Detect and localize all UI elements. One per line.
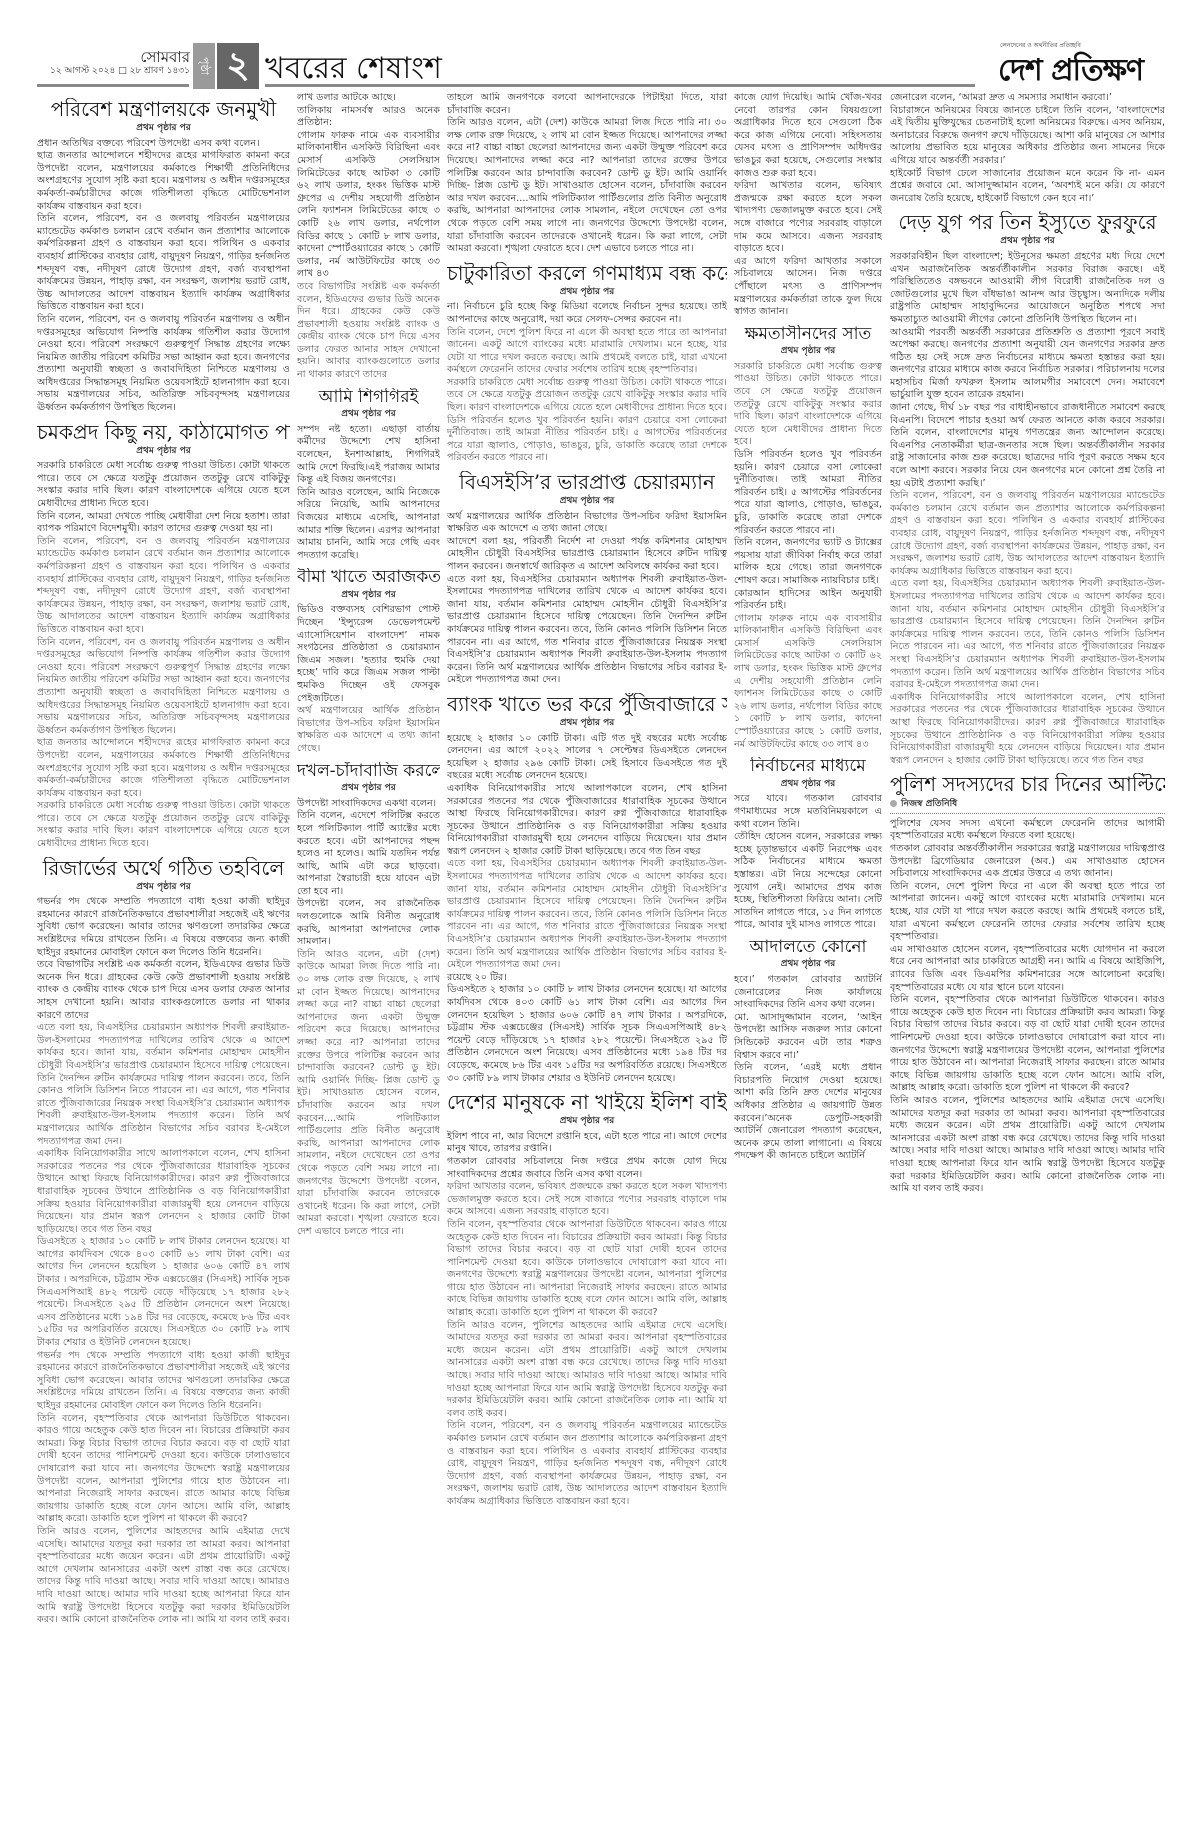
paragraph: গভর্নর পদ থেকে সম্প্রতি পদত্যাগে বাধ্য হ… [37, 1350, 290, 1413]
continued-label: প্রথম পৃষ্ঠার পর [37, 122, 290, 135]
paragraph: জানা গেছে, দীর্ঘ ১৮ বছর পর বাধাহীনভাবে র… [890, 402, 1165, 490]
headline: পুলিশ সদস্যদের চার দিনের আল্টিমেটাম [890, 773, 1165, 796]
page-number: ২ [217, 43, 259, 89]
divider [890, 813, 1165, 814]
continued-label: প্রথম পৃষ্ঠার পর [734, 778, 882, 791]
paragraph: রয়েছে ২০ টির। [447, 972, 727, 985]
paragraph: এতে বলা হয়, বিএসইসির চেয়ারম্যান অধ্যাপ… [447, 574, 727, 687]
bullet-icon [890, 800, 897, 807]
paragraph: হবে।’ গতকাল রোববার অ্যাটর্নি জেনারেলের ন… [734, 974, 882, 1012]
column-5: জেনারেল বলেন, ‘আমরা দ্রুত এ সমস্যার সমাধ… [890, 92, 1165, 1832]
article-power-seven: ক্ষমতাসীনদের সাত প্রথম পৃষ্ঠার পর সরকারি… [734, 325, 882, 752]
paragraph: হাইকোর্ট বিভাগ ঢেলে সাজানোর প্রয়োজন মনে… [890, 168, 1165, 206]
masthead-rule-right [265, 84, 975, 87]
column-4: কাজে যোগ দিয়েছি। আমি খোঁজ-খবর নেবো তারপ… [734, 92, 882, 1832]
paragraph: তিনি বলেন, পরিবেশ, বন ও জলবায়ু পরিবর্তন… [37, 213, 290, 314]
paragraph: তবে বিভাগটির সংশ্লিষ্ট এক কর্মকর্তা বলেন… [37, 959, 290, 1022]
continued-label: প্রথম পৃষ্ঠার পর [447, 717, 727, 730]
section-title: খবরের শেষাংশ [265, 44, 442, 95]
paragraph: অর্থ মন্ত্রণালয়ের আর্থিক প্রতিষ্ঠান বিভ… [447, 511, 727, 536]
paragraph: তিনি আরও বলেন, পুলিশের আহতদের আমি এইমাত্… [890, 1095, 1165, 1196]
article-police: পুলিশ সদস্যদের চার দিনের আল্টিমেটাম নিজস… [890, 773, 1165, 1195]
paragraph: তিনি বলেন, বৃহস্পতিবার থেকে আপনারা ডিউটি… [37, 1413, 290, 1526]
paragraph: সরকারবিহীন ছিল বাংলাদেশ; ইউনূসের ক্ষমতা … [890, 251, 1165, 327]
byline-text: নিজস্ব প্রতিনিধি [901, 799, 957, 809]
paragraph: হয়েছে ২ হাজার ১০ কোটি টাকা। এটি গত দুই … [447, 733, 727, 783]
paragraph: গভর্নর পদ থেকে সম্প্রতি পদত্যাগে বাধ্য হ… [37, 896, 290, 959]
paragraph: ডিসি পরিবর্তন হলেও খুব পরিবর্তন হয়নি। ক… [734, 449, 882, 537]
paragraph: তিনি বলেন, পরিবেশ, বন ও জলবায়ু পরিবর্তন… [37, 314, 290, 415]
paragraph: তিনি বলেন, জনগণের ভ্যাট ও ট্যাক্সের পয়স… [734, 537, 882, 587]
paragraph: গতকাল রোববার অন্তর্বর্তীকালীন সরকারের স্… [890, 843, 1165, 881]
headline: আমি শিগগিরই [297, 388, 440, 408]
article-hilsa: দেশের মানুষকে না খাইয়ে ইলিশ বাইরে প্রথম… [447, 1091, 727, 1508]
headline: বিএসইসি’র ভারপ্রাপ্ত চেয়ারম্যান [447, 471, 727, 494]
continued-label: প্রথম পৃষ্ঠার পর [734, 345, 882, 358]
headline: ক্ষমতাসীনদের সাত [734, 325, 882, 345]
paragraph: ফরিদা আখতার বলেন, ভবিষ্যৎ প্রজন্মকে রক্ষ… [447, 1181, 727, 1219]
article-extortion-top: তাহলে আমি জনগণকে বলবো আপনাদেরকে পিটাইয়া… [447, 92, 727, 256]
paragraph: অর্থ মন্ত্রণালয়ের আর্থিক প্রতিষ্ঠান বিভ… [297, 705, 440, 755]
continued-label: প্রথম পৃষ্ঠার পর [297, 408, 440, 421]
article-election: নির্বাচনের মাধ্যমে প্রথম পৃষ্ঠার পর সরে … [734, 757, 882, 932]
article-court: আদালতে কোনো প্রথম পৃষ্ঠার পর হবে।’ গতকাল… [734, 938, 882, 1163]
paragraph: প্রধান অতিথির বক্তব্যে পরিবেশ উপদেষ্টা এ… [37, 138, 290, 151]
paragraph: এর আগে ফরিদা আখতার সকালে সচিবালয়ে আসেন।… [734, 256, 882, 319]
continued-label: প্রথম পৃষ্ঠার পর [447, 286, 727, 299]
article-media: চাটুকারিতা করলে গণমাধ্যম বন্ধ করে প্রথম … [447, 262, 727, 465]
paragraph: তিনি বলেন, পরিবেশ, বন ও জলবায়ু পরিবর্তন… [37, 536, 290, 637]
paragraph: লাখ ডলার আটকে আছে। [297, 92, 440, 105]
article-extortion: দখল-চাঁদাবাজি করলে প্রথম পৃষ্ঠার পর উপদে… [297, 762, 440, 1239]
column-1: পরিবেশ মন্ত্রণালয়কে জনমুখী প্রথম পৃষ্ঠা… [37, 92, 290, 1832]
paragraph: আওয়ামী পরবর্তী অন্তর্বর্তী সরকারের প্রত… [890, 327, 1165, 403]
paragraph: তবে বিভাগটির সংশ্লিষ্ট এক কর্মকর্তা বলেন… [297, 281, 440, 382]
paragraph: উপদেষ্টা বলেন, সব রাজনৈতিক দলগুলোকে আমি … [297, 898, 440, 948]
paragraph: এম সাখাওয়াত হোসেন বলেন, বৃহস্পতিবারের ম… [890, 944, 1165, 994]
article-furfure: দেড় যুগ পর তিন ইস্যুতে ফুরফুরে প্রথম পৃ… [890, 211, 1165, 767]
column-3: তাহলে আমি জনগণকে বলবো আপনাদেরকে পিটাইয়া… [447, 92, 727, 1832]
issue-date: ১২ আগস্ট ২০২৪ □ ২৮ শ্রাবণ ১৪৩১ [50, 63, 190, 78]
paragraph: ছাত্র জনতার আন্দোলনে শহীদদের রূহের মাগফি… [37, 150, 290, 213]
page-label: পৃষ্ঠা [193, 43, 215, 89]
paragraph: ডিসি পরিবর্তন হলেও খুব পরিবর্তন হয়নি। ক… [447, 415, 727, 465]
paragraph: সম্পদ নষ্ট হতো। এছাড়া বার্তায় কর্মীদের… [297, 424, 440, 487]
article-attorney-general: জেনারেল বলেন, ‘আমরা দ্রুত এ সমস্যার সমাধ… [890, 92, 1165, 205]
continued-label: প্রথম পৃষ্ঠার পর [447, 1115, 727, 1128]
brand-logo: দেশ প্রতিক্ষণ [998, 46, 1143, 97]
paragraph: তিনি বলেন, এদেশে পলিটিক্স করতে হলে পলিটি… [297, 810, 440, 898]
paragraph: গতকাল রোববার সচিবালয়ে নিজ দপ্তরে প্রথম … [447, 1156, 727, 1181]
headline: পরিবেশ মন্ত্রণালয়কে জনমুখী [37, 98, 290, 121]
continued-label: প্রথম পৃষ্ঠার পর [734, 958, 882, 971]
paragraph: তিনি আরও বলেন, এটা (দেশ) কাউকে আমরা লিজ … [447, 117, 727, 256]
paragraph: মো. আসাদুজ্জামান বলেন, ‘আইন উপদেষ্টা আসি… [734, 1012, 882, 1062]
paragraph: কোরআন হাদিসের আইন অনুযায়ী পরিবর্তন চাই। [734, 588, 882, 613]
headline: ব্যাংক খাতে ভর করে পুঁজিবাজারে সূচক [447, 693, 727, 716]
paragraph: তিনি বলেন, পরিবেশ, বন ও জলবায়ু পরিবর্তন… [447, 1420, 727, 1508]
paragraph: কাজে যোগ দিয়েছি। আমি খোঁজ-খবর নেবো তারপ… [734, 92, 882, 180]
article-environment: পরিবেশ মন্ত্রণালয়কে জনমুখী প্রথম পৃষ্ঠা… [37, 98, 290, 415]
paragraph: গোলাম ফারুক নামে এক ব্যবসায়ীর মালিকানাধ… [297, 130, 440, 281]
paragraph: সরকারি চাকরিতে মেধা সর্বোচ্চ গুরুত্ব পাও… [447, 377, 727, 415]
continued-label: প্রথম পৃষ্ঠার পর [297, 782, 440, 795]
column-2: লাখ ডলার আটকে আছে। তালিকায় নামসর্বস্ব আ… [297, 92, 440, 1832]
paragraph: বিচারাঙ্গনে অনিয়মের বিষয়ে জানতে চাইলে … [890, 105, 1165, 168]
paragraph: উপদেষ্টা সাংবাদিকদের একথা বলেন। [297, 798, 440, 811]
byline: নিজস্ব প্রতিনিধি [890, 798, 1165, 811]
paragraph: ভিডিও বক্তব্যসহ বেশিরভাগ পোস্ট দিচ্ছেন ‘… [297, 604, 440, 705]
continued-label: প্রথম পৃষ্ঠার পর [890, 235, 1165, 248]
paragraph: তিনি বলেন, পরিবেশ, বন ও জলবায়ু পরিবর্তন… [890, 490, 1165, 578]
headline: দেড় যুগ পর তিন ইস্যুতে ফুরফুরে [890, 211, 1165, 234]
paragraph: তিনি বলেন, দেশে পুলিশ ফিরে না এলে কী অবস… [890, 881, 1165, 944]
paragraph: সরকারি চাকরিতে মেধা সর্বোচ্চ গুরুত্ব পাও… [37, 800, 290, 850]
paragraph: তিনি আরও বলেন, এটা (দেশ) কাউকে আমরা লিজ … [297, 949, 440, 1239]
paragraph: এতে বলা হয়, বিএসইসির চেয়ারম্যান অধ্যাপ… [890, 578, 1165, 691]
headline: রিজার্ভের অর্থে গঠিত তহবিলে [37, 857, 290, 880]
paragraph: তিনি বলেন, বৃহস্পতিবার থেকে আপনারা ডিউটি… [890, 994, 1165, 1095]
paragraph: না। নির্বাচনে চুরি হচ্ছে কিন্তু মিডিয়া … [447, 301, 727, 326]
masthead: সোমবার ১২ আগস্ট ২০২৪ □ ২৮ শ্রাবণ ১৪৩১ পৃ… [0, 0, 1200, 78]
article-shigh-giri: আমি শিগগিরই প্রথম পৃষ্ঠার পর সম্পদ নষ্ট … [297, 388, 440, 563]
paragraph: এতে বলা হয়, বিএসইসির চেয়ারম্যান অধ্যাপ… [447, 858, 727, 971]
paragraph: তৌহিদ হোসেন বলেন, সরকারের লক্ষ্য হচ্ছে চ… [734, 831, 882, 932]
paragraph: পুলিশের যেসব সদস্য এখনো কর্মস্থলে ফেরেনন… [890, 818, 1165, 843]
paragraph: ছাত্র জনতার আন্দোলনে শহীদদের রূহের মাগফি… [37, 737, 290, 800]
article-fisheries: কাজে যোগ দিয়েছি। আমি খোঁজ-খবর নেবো তারপ… [734, 92, 882, 319]
paragraph: তিনি আরও বলেন, পুলিশের আহতদের আমি এইমাত্… [37, 1526, 290, 1627]
paragraph: সরকারি চাকরিতে মেধা সর্বোচ্চ গুরুত্ব পাও… [37, 460, 290, 510]
paragraph: তিনি বলেন, বৃহস্পতিবার থেকে আপনারা ডিউটি… [447, 1219, 727, 1320]
article-reserve: রিজার্ভের অর্থে গঠিত তহবিলে প্রথম পৃষ্ঠা… [37, 857, 290, 1627]
paragraph: ডিএসইতে ২ হাজার ১০ কোটি ৮ লাখ টাকার লেনদ… [37, 1236, 290, 1349]
article-insurance: বীমা খাতে অরাজকতা প্রথম পৃষ্ঠার পর ভিডিও… [297, 568, 440, 755]
headline: চমকপ্রদ কিছু নয়, কাঠামোগত পরিবর্তন [37, 421, 290, 444]
paragraph: এতে বলা হয়, বিএসইসির চেয়ারম্যান অধ্যাপ… [37, 1022, 290, 1148]
paragraph: তিনি বলেন, পরিবেশ, বন ও জলবায়ু পরিবর্তন… [37, 637, 290, 738]
paragraph: তালিকায় নামসর্বস্ব আরও অনেক প্রতিষ্ঠান: [297, 105, 440, 130]
paragraph: তাহলে আমি জনগণকে বলবো আপনাদেরকে পিটাইয়া… [447, 92, 727, 117]
continued-label: প্রথম পৃষ্ঠার পর [297, 589, 440, 602]
article-structural-change: চমকপ্রদ কিছু নয়, কাঠামোগত পরিবর্তন প্রথ… [37, 421, 290, 851]
paragraph: একাধিক বিনিয়োগকারীর সাথে আলাপকালে বলেন,… [447, 783, 727, 859]
paragraph: জেনারেল বলেন, ‘আমরা দ্রুত এ সমস্যার সমাধ… [890, 92, 1165, 105]
paragraph: তিনি বলেন, ‘এরই মধ্যে প্রধান বিচারপতি নি… [734, 1062, 882, 1163]
headline: আদালতে কোনো [734, 938, 882, 958]
paragraph: তিনি বলেন, দেশে পুলিশ ফিরে না এলে কী অবস… [447, 327, 727, 377]
paragraph: সরে যাবে। গতকাল রোববার গণমাধ্যমের সঙ্গে … [734, 793, 882, 831]
headline: চাটুকারিতা করলে গণমাধ্যম বন্ধ করে [447, 262, 727, 285]
continued-label: প্রথম পৃষ্ঠার পর [37, 445, 290, 458]
paragraph: ইলিশ পাবে না, আর বিদেশে রপ্তানি হবে, এটা… [447, 1131, 727, 1156]
paragraph: তিনি বলেন, আমরা দেখতে পাচ্ছি মেধাবীরা দে… [37, 511, 290, 536]
paragraph: একাধিক বিনিয়োগকারীর সাথে আলাপকালে বলেন,… [37, 1148, 290, 1236]
paragraph: একাধিক বিনিয়োগকারীর সাথে আলাপকালে বলেন,… [890, 692, 1165, 768]
continued-label: প্রথম পৃষ্ঠার পর [37, 881, 290, 894]
paragraph: তিনি আরও বলেছেন, আমি নিজেকে সরিয়ে নিয়ে… [297, 487, 440, 563]
headline: বীমা খাতে অরাজকতা [297, 568, 440, 588]
paragraph: সরকারি চাকরিতে মেধা সর্বোচ্চ গুরুত্ব পাও… [734, 361, 882, 449]
paragraph: ডিএসইতে ২ হাজার ১০ কোটি ৮ লাখ টাকার লেনদ… [447, 984, 727, 1085]
paragraph: আদেশে বলা হয়, পরিবর্তী নির্দেশ না দেওয়… [447, 536, 727, 574]
headline: দখল-চাঁদাবাজি করলে [297, 762, 440, 782]
paragraph: ফরিদা আখতার বলেন, ভবিষ্যৎ প্রজন্মকে রক্ষ… [734, 180, 882, 256]
headline: নির্বাচনের মাধ্যমে [734, 757, 882, 777]
headline: দেশের মানুষকে না খাইয়ে ইলিশ বাইরে [447, 1091, 727, 1114]
paragraph: তিনি আরও বলেন, পুলিশের আহতদের আমি এইমাত্… [447, 1320, 727, 1421]
continued-label: প্রথম পৃষ্ঠার পর [447, 495, 727, 508]
article-bsec: বিএসইসি’র ভারপ্রাপ্ত চেয়ারম্যান প্রথম প… [447, 471, 727, 687]
paragraph: গোলাম ফারুক নামে এক ব্যবসায়ীর মালিকানাধ… [734, 613, 882, 752]
article-bank-index: ব্যাংক খাতে ভর করে পুঁজিবাজারে সূচক প্রথ… [447, 693, 727, 1085]
article-frozen-dollars: লাখ ডলার আটকে আছে। তালিকায় নামসর্বস্ব আ… [297, 92, 440, 382]
masthead-rule-left [37, 84, 189, 87]
